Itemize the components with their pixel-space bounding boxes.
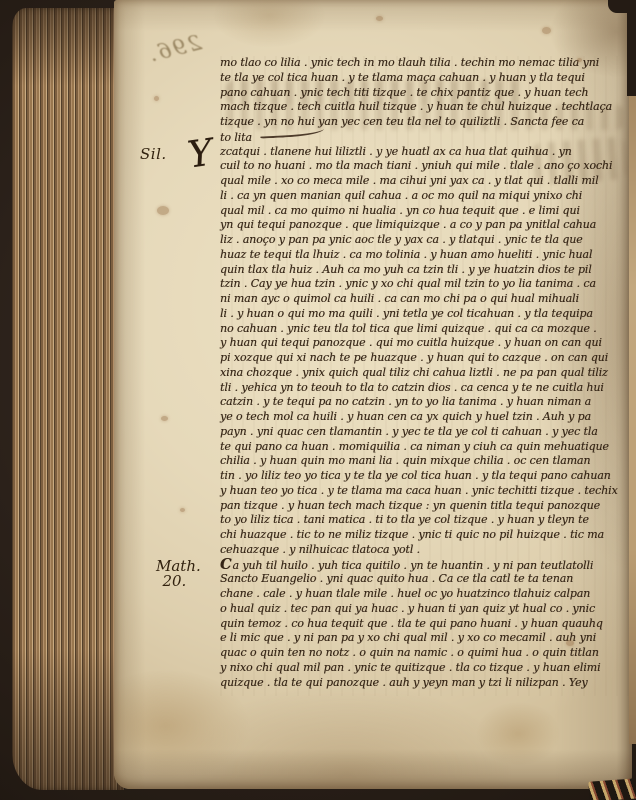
page-number-showthrough: 296.: [134, 30, 204, 69]
line-filler-flourish: [260, 124, 324, 138]
manuscript-line: e li mic que . y ni pan pa y xo chi qual…: [220, 631, 626, 646]
manuscript-line: pi xozque qui xi nach te pe huazque . y …: [220, 351, 626, 366]
manuscript-line: Ca yuh til huilo . yuh tica quitilo . yn…: [220, 558, 626, 573]
manuscript-line: o hual quiz . tec pan qui ya huac . y hu…: [220, 602, 626, 617]
background-top-right-corner: [627, 0, 636, 96]
margin-note-sil: Sil.: [140, 147, 167, 162]
manuscript-line: huaz te tequi tla lhuiz . ca mo tolinia …: [220, 248, 626, 263]
manuscript-line: chilia . y huan quin mo mani lia . quin …: [220, 454, 626, 469]
manuscript-line: cuil to no huani . mo tla mach tiani . y…: [220, 159, 626, 174]
adjacent-leaf-edge: [629, 92, 636, 744]
manuscript-line: y huan teo yo tica . y te tlama ma caca …: [220, 484, 626, 499]
binding-endband: [588, 778, 636, 800]
manuscript-paragraph: Ca yuh til huilo . yuh tica quitilo . yn…: [220, 558, 626, 691]
paragraph-initial: C: [220, 556, 231, 573]
manuscript-line: tli . yehica yn to teouh to tla to catzi…: [220, 381, 626, 396]
manuscript-line: quizque . tla te qui panozque . auh y ye…: [220, 676, 626, 691]
manuscript-line: liz . anoço y pan pa ynic aoc tle y yax …: [220, 233, 626, 248]
manuscript-line: quin temoz . co hua tequit que . tla te …: [220, 617, 626, 632]
manuscript-line: xina chozque . ynix quich qual tiliz chi…: [220, 366, 626, 381]
manuscript-line: cehuazque . y nilhuicac tlatoca yotl .: [220, 543, 626, 558]
book-fore-edge-pages: [12, 8, 124, 790]
manuscript-line: tin . yo liliz teo yo tica y te tla ye c…: [220, 469, 626, 484]
manuscript-line: qual mile . xo co meca mile . ma cihui y…: [220, 174, 626, 189]
manuscript-line: yn qui tequi panozque . que limiquizque …: [220, 218, 626, 233]
manuscript-line: y huan qui tequi panozque . qui mo cuitl…: [220, 336, 626, 351]
manuscript-line: to yo liliz tica . tani matica . ti to t…: [220, 513, 626, 528]
manuscript-line: to lita: [220, 130, 626, 145]
manuscript-line: mach tizque . tech cuitla huil tizque . …: [220, 100, 626, 115]
margin-note-matthew: Math. 20.: [156, 559, 201, 589]
manuscript-line: te qui pano ca huan . momiquilia . ca ni…: [220, 440, 626, 455]
manuscript-line: mo tlao co lilia . ynic tech in mo tlauh…: [220, 56, 626, 71]
manuscript-line: catzin . y te tequi pa no catzin . yn to…: [220, 395, 626, 410]
manuscript-line: quac o quin ten no notz . o quin na nami…: [220, 646, 626, 661]
margin-note-matthew-chapter: 20.: [156, 574, 201, 589]
manuscript-photo: 296. Sil. Math. 20. mo tlao co lilia . y…: [0, 0, 636, 800]
manuscript-line: no cahuan . ynic teu tla tol tica que li…: [220, 322, 626, 337]
manuscript-line: tzin . Cay ye hua tzin . ynic y xo chi q…: [220, 277, 626, 292]
manuscript-line: y nixo chi qual mil pan . ynic te quitiz…: [220, 661, 626, 676]
manuscript-line: te tla ye col tica huan . y te tlama maç…: [220, 71, 626, 86]
manuscript-line: chi huazque . tic to ne miliz tizque . y…: [220, 528, 626, 543]
manuscript-line: chane . cale . y huan tlale mile . huel …: [220, 587, 626, 602]
manuscript-line: pan tizque . y huan tech mach tizque : y…: [220, 499, 626, 514]
manuscript-paragraph: mo tlao co lilia . ynic tech in mo tlauh…: [220, 56, 626, 145]
manuscript-line: pano cahuan . ynic tech titi tizque . te…: [220, 86, 626, 101]
manuscript-line: Sancto Euangelio . yni quac quito hua . …: [220, 572, 626, 587]
manuscript-text-block: mo tlao co lilia . ynic tech in mo tlauh…: [220, 56, 626, 690]
paragraph-initial: Y: [186, 137, 214, 170]
manuscript-line: ni man ayc o quimol ca huili . ca can mo…: [220, 292, 626, 307]
manuscript-line: li . ca yn quen manian quil cahua . a oc…: [220, 189, 626, 204]
manuscript-line: ye o tech mol ca huili . y huan cen ca y…: [220, 410, 626, 425]
manuscript-line: li . y huan o qui mo ma quili . yni tetl…: [220, 307, 626, 322]
manuscript-line: qual mil . ca mo quimo ni hualia . yn co…: [220, 204, 626, 219]
manuscript-line: payn . yni quac cen tlamantin . y yec te…: [220, 425, 626, 440]
manuscript-line: quin tlax tla huiz . Auh ca mo yuh ca tz…: [220, 263, 626, 278]
manuscript-line: Yzcatqui . tlanene hui liliztli . y ye h…: [220, 145, 626, 160]
manuscript-page: 296. Sil. Math. 20. mo tlao co lilia . y…: [114, 0, 632, 789]
manuscript-paragraph: Yzcatqui . tlanene hui liliztli . y ye h…: [220, 145, 626, 558]
